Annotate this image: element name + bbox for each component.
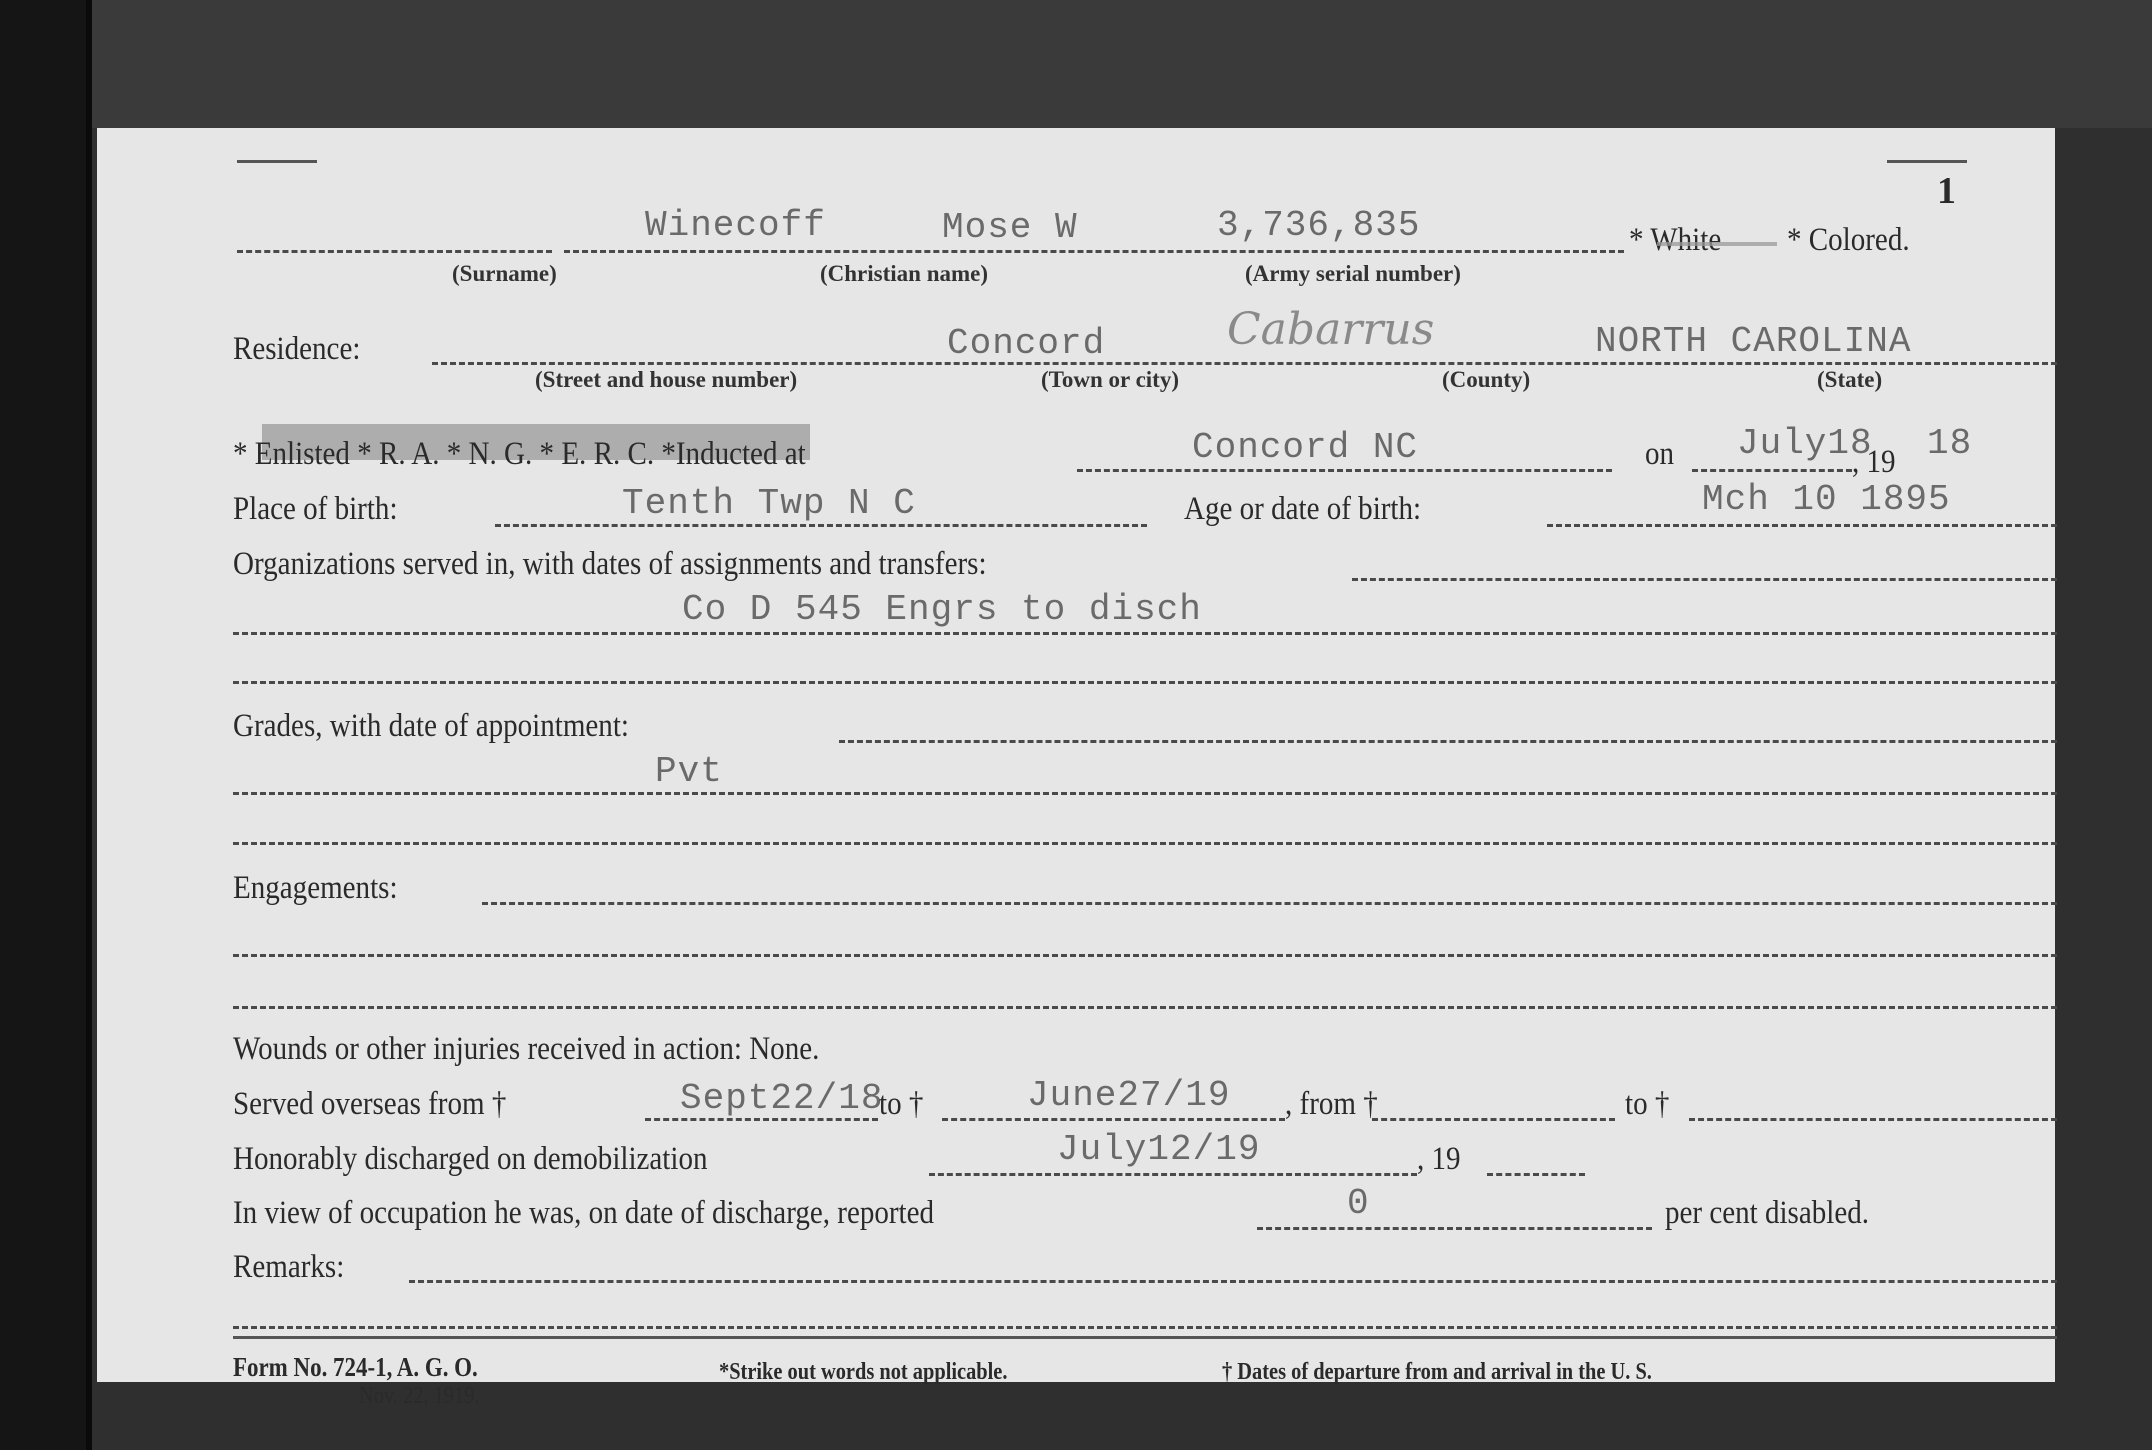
discharge-date-line (929, 1173, 1417, 1176)
overseas-arrival-value: June27/19 (1027, 1078, 1230, 1114)
engagements-label: Engagements: (233, 872, 398, 905)
overseas-from-line (645, 1118, 878, 1121)
induction-date-line (1692, 469, 1852, 472)
induction-place-value: Concord NC (1192, 430, 1418, 466)
year-prefix: , 19 (1852, 446, 1896, 479)
scan-background (92, 0, 2152, 128)
place-of-birth-label: Place of birth: (233, 493, 398, 526)
race-colored-option: * Colored. (1787, 224, 1910, 257)
remarks-line-0 (409, 1280, 2057, 1283)
strike-out-note: *Strike out words not applicable. (719, 1360, 1007, 1384)
induction-place-line (1077, 469, 1612, 472)
date-of-birth-line (1547, 524, 2057, 527)
form-number: Form No. 724-1, A. G. O. (233, 1354, 478, 1381)
residence-label: Residence: (233, 333, 360, 366)
surname-line (237, 250, 552, 253)
place-of-birth-value: Tenth Twp N C (622, 486, 916, 522)
county-value: Cabarrus (1227, 308, 1434, 352)
disability-label: In view of occupation he was, on date of… (233, 1197, 934, 1230)
organizations-line-1 (233, 632, 2057, 635)
state-value: NORTH CAROLINA (1595, 324, 1911, 360)
christian-name-value: Mose W (942, 210, 1078, 246)
grades-line-2 (233, 842, 2057, 845)
enlistment-type-options: * Enlisted * R. A. * N. G. * E. R. C. *I… (233, 438, 806, 471)
disability-line (1257, 1227, 1652, 1230)
top-right-rule (1887, 160, 1967, 163)
grades-line-1 (233, 792, 2057, 795)
grades-line-0 (839, 740, 2057, 743)
discharge-label: Honorably discharged on demobilization (233, 1143, 707, 1176)
surname-label: (Surname) (452, 262, 557, 285)
town-label: (Town or city) (1041, 368, 1179, 391)
engagements-line-2 (233, 1006, 2057, 1009)
wounds-label: Wounds or other injuries received in act… (233, 1033, 819, 1066)
overseas-to2-line (1689, 1118, 2057, 1121)
remarks-line-1 (233, 1326, 2057, 1329)
remarks-label: Remarks: (233, 1251, 344, 1284)
organization-entry: Co D 545 Engrs to disch (682, 592, 1202, 628)
on-label: on (1645, 438, 1674, 471)
overseas-to-label: to † (879, 1088, 923, 1121)
dates-note: † Dates of departure from and arrival in… (1222, 1360, 1652, 1384)
top-left-rule (237, 160, 317, 163)
organizations-line-2 (233, 681, 2057, 684)
county-label: (County) (1442, 368, 1530, 391)
name-line (564, 250, 1624, 253)
overseas-departure-value: Sept22/18 (680, 1081, 883, 1117)
overseas-to2-label: to † (1625, 1088, 1669, 1121)
date-of-birth-value: Mch 10 1895 (1702, 482, 1951, 518)
discharge-year-label: , 19 (1417, 1143, 1461, 1176)
place-of-birth-line (495, 524, 1147, 527)
disability-suffix: per cent disabled. (1665, 1197, 1869, 1230)
card-number: 1 (1937, 172, 1956, 210)
discharge-date-value: July12/19 (1057, 1132, 1260, 1168)
organizations-label: Organizations served in, with dates of a… (233, 548, 987, 581)
overseas-from2-line (1372, 1118, 1615, 1121)
discharge-year-line (1487, 1173, 1585, 1176)
engagements-line-1 (233, 954, 2057, 957)
serial-number-label: (Army serial number) (1245, 262, 1461, 285)
service-record-card: 1 Winecoff Mose W 3,736,835 * White * Co… (97, 128, 2055, 1382)
overseas-from2-label: , from † (1285, 1088, 1378, 1121)
town-value: Concord (947, 326, 1105, 362)
engagements-line-0 (482, 902, 2057, 905)
induction-year-value: 18 (1927, 426, 1972, 462)
residence-line (432, 362, 2057, 365)
date-of-birth-label: Age or date of birth: (1184, 493, 1421, 526)
grades-label: Grades, with date of appointment: (233, 710, 629, 743)
film-edge (0, 0, 92, 1450)
white-strikeout (1657, 242, 1777, 246)
footer-rule (233, 1336, 2057, 1339)
form-date: Nov. 22, 1919. (359, 1384, 480, 1408)
grade-entry: Pvt (655, 754, 723, 790)
race-white-option: * White (1629, 224, 1721, 257)
state-label: (State) (1817, 368, 1882, 391)
disability-value: 0 (1347, 1186, 1370, 1222)
overseas-to-line (942, 1118, 1285, 1121)
christian-name-label: (Christian name) (820, 262, 988, 285)
serial-number-value: 3,736,835 (1217, 208, 1420, 244)
street-label: (Street and house number) (535, 368, 797, 391)
surname-value: Winecoff (645, 208, 826, 244)
organizations-line-0 (1352, 578, 2057, 581)
overseas-label: Served overseas from † (233, 1088, 506, 1121)
